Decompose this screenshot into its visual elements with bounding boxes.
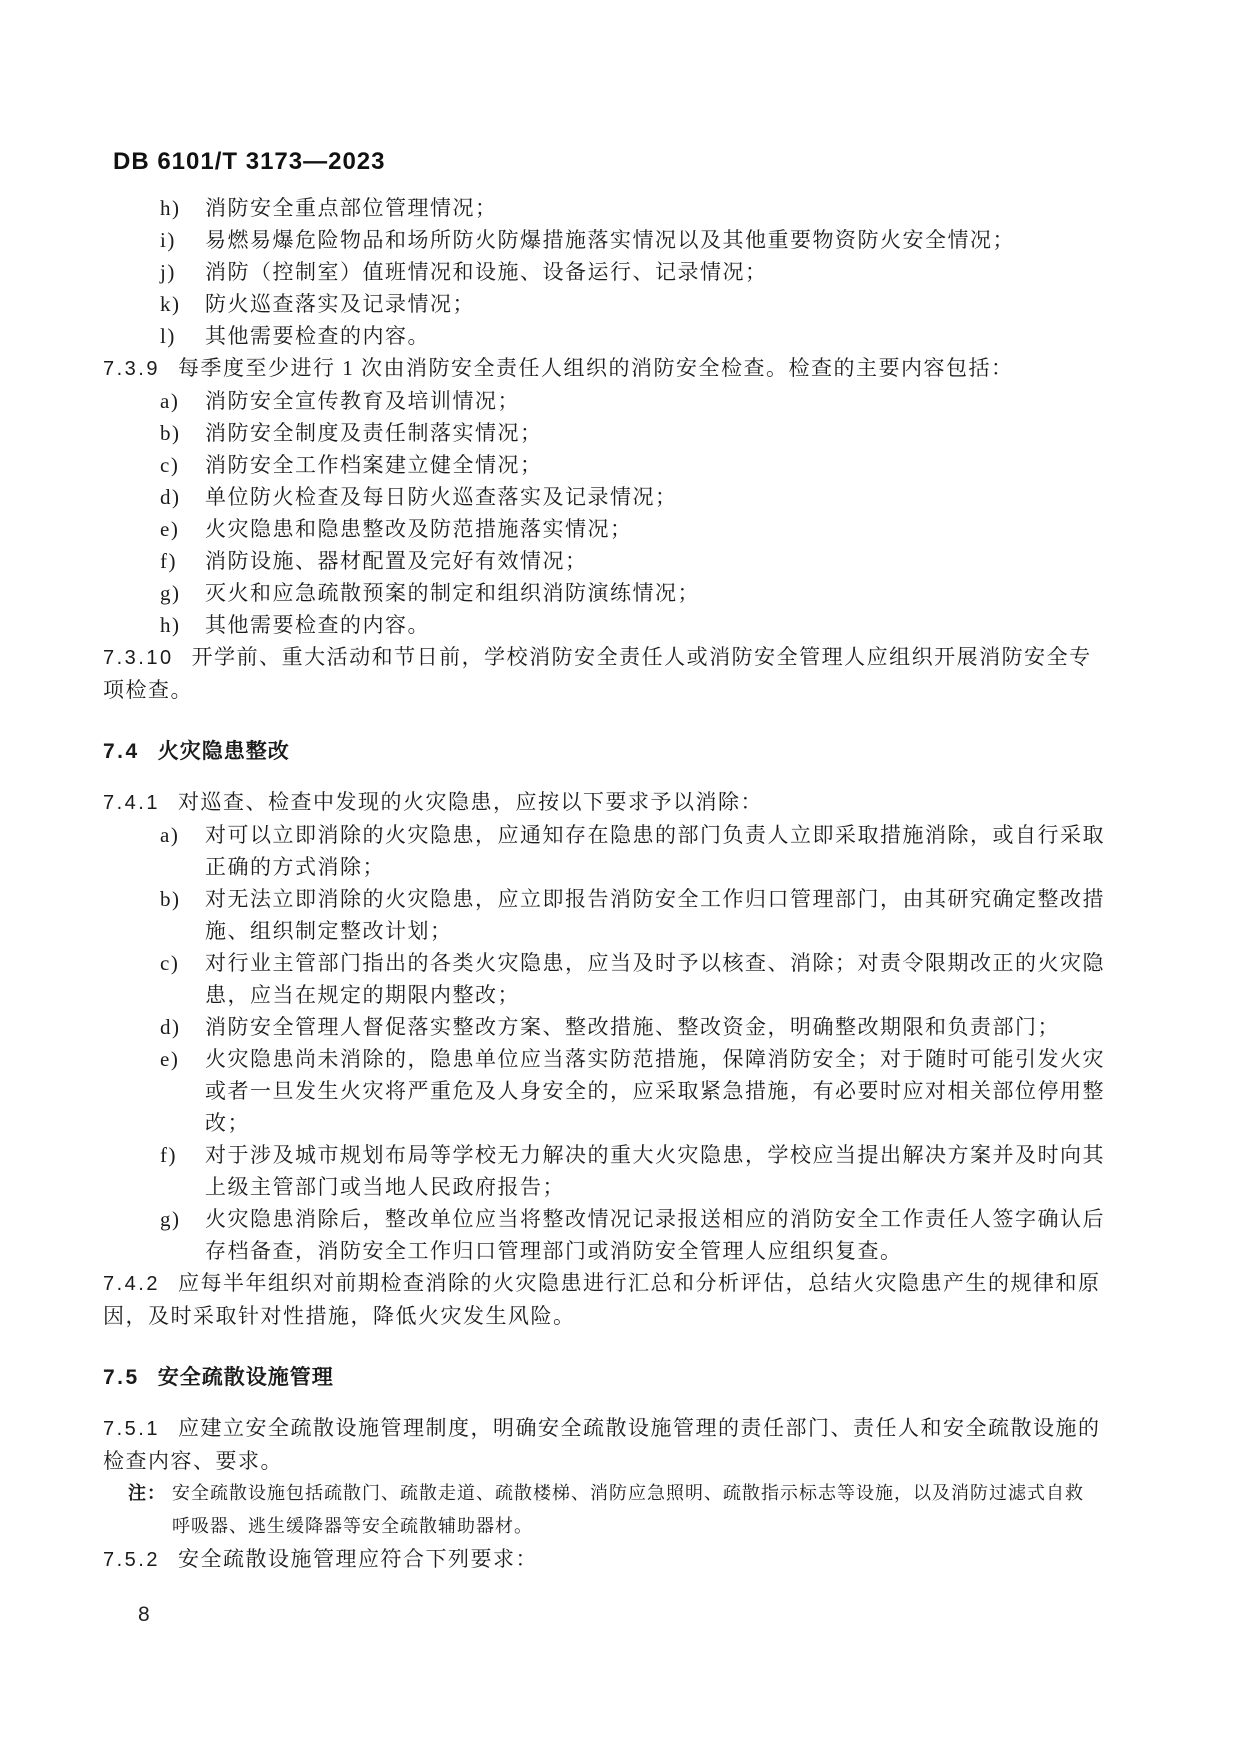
list-item-text: 消防安全管理人督促落实整改方案、整改措施、整改资金，明确整改期限和负责部门； — [205, 1011, 1106, 1043]
list-item-label: d) — [160, 1011, 205, 1043]
section-heading-7-5: 7.5安全疏散设施管理 — [103, 1362, 1106, 1394]
note-7-5-1: 注： 安全疏散设施包括疏散门、疏散走道、疏散楼梯、消防应急照明、疏散指示标志等设… — [103, 1477, 1106, 1543]
list-item: c) 消防安全工作档案建立健全情况； — [160, 449, 1106, 481]
list-item-label: c) — [160, 947, 205, 979]
list-item-label: j) — [160, 256, 205, 288]
list-item: b) 消防安全制度及责任制落实情况； — [160, 417, 1106, 449]
document-content: h) 消防安全重点部位管理情况； i) 易燃易爆危险物品和场所防火防爆措施落实情… — [103, 192, 1106, 1576]
list-item-text: 消防安全制度及责任制落实情况； — [205, 417, 1106, 449]
list-item-text: 其他需要检查的内容。 — [205, 320, 1106, 352]
section-number: 7.5 — [103, 1366, 140, 1389]
list-item: j) 消防（控制室）值班情况和设施、设备运行、记录情况； — [160, 256, 1106, 288]
list-item-text: 对无法立即消除的火灾隐患，应立即报告消防安全工作归口管理部门，由其研究确定整改措… — [205, 883, 1106, 947]
clause-text: 安全疏散设施管理应符合下列要求： — [178, 1547, 538, 1571]
list-item-label: e) — [160, 513, 205, 545]
list-item-label: e) — [160, 1043, 205, 1075]
list-item-text: 消防安全重点部位管理情况； — [205, 192, 1106, 224]
list-item-label: l) — [160, 320, 205, 352]
clause-7-5-1: 7.5.1应建立安全疏散设施管理制度，明确安全疏散设施管理的责任部门、责任人和安… — [103, 1412, 1106, 1477]
clause-text: 对巡查、检查中发现的火灾隐患，应按以下要求予以消除： — [178, 790, 763, 814]
list-item-label: c) — [160, 449, 205, 481]
clause-number: 7.3.10 — [103, 647, 174, 669]
list-item-text: 消防（控制室）值班情况和设施、设备运行、记录情况； — [205, 256, 1106, 288]
list-item-label: g) — [160, 1203, 205, 1235]
list-item: g) 灭火和应急疏散预案的制定和组织消防演练情况； — [160, 577, 1106, 609]
list-item-text: 火灾隐患消除后，整改单位应当将整改情况记录报送相应的消防安全工作责任人签字确认后… — [205, 1203, 1106, 1267]
list-item-label: k) — [160, 288, 205, 320]
clause-number: 7.4.1 — [103, 792, 160, 814]
list-item-text: 消防安全工作档案建立健全情况； — [205, 449, 1106, 481]
list-item: k) 防火巡查落实及记录情况； — [160, 288, 1106, 320]
note-label: 注： — [128, 1477, 166, 1543]
clause-7-3-10: 7.3.10开学前、重大活动和节日前，学校消防安全责任人或消防安全管理人应组织开… — [103, 641, 1106, 706]
list-item-text: 防火巡查落实及记录情况； — [205, 288, 1106, 320]
list-item: g) 火灾隐患消除后，整改单位应当将整改情况记录报送相应的消防安全工作责任人签字… — [160, 1203, 1106, 1267]
list-item-label: b) — [160, 417, 205, 449]
section-heading-7-4: 7.4火灾隐患整改 — [103, 736, 1106, 768]
list-item: a) 消防安全宣传教育及培训情况； — [160, 385, 1106, 417]
section-title: 火灾隐患整改 — [158, 740, 290, 763]
list-item: d) 消防安全管理人督促落实整改方案、整改措施、整改资金，明确整改期限和负责部门… — [160, 1011, 1106, 1043]
clause-text: 每季度至少进行 1 次由消防安全责任人组织的消防安全检查。检查的主要内容包括： — [178, 356, 1014, 380]
list-item-text: 消防安全宣传教育及培训情况； — [205, 385, 1106, 417]
list-item: h) 消防安全重点部位管理情况； — [160, 192, 1106, 224]
list-top: h) 消防安全重点部位管理情况； i) 易燃易爆危险物品和场所防火防爆措施落实情… — [103, 192, 1106, 352]
list-item: d) 单位防火检查及每日防火巡查落实及记录情况； — [160, 481, 1106, 513]
section-number: 7.4 — [103, 740, 140, 763]
list-item-label: a) — [160, 385, 205, 417]
note-text: 安全疏散设施包括疏散门、疏散走道、疏散楼梯、消防应急照明、疏散指示标志等设施，以… — [172, 1477, 1092, 1543]
clause-number: 7.5.2 — [103, 1549, 160, 1571]
list-item: h) 其他需要检查的内容。 — [160, 609, 1106, 641]
clause-7-5-2: 7.5.2安全疏散设施管理应符合下列要求： — [103, 1543, 1106, 1576]
list-item: e) 火灾隐患尚未消除的，隐患单位应当落实防范措施，保障消防安全；对于随时可能引… — [160, 1043, 1106, 1139]
list-item: l) 其他需要检查的内容。 — [160, 320, 1106, 352]
list-item-text: 灭火和应急疏散预案的制定和组织消防演练情况； — [205, 577, 1106, 609]
list-item-label: f) — [160, 1139, 205, 1171]
list-item-text: 易燃易爆危险物品和场所防火防爆措施落实情况以及其他重要物资防火安全情况； — [205, 224, 1106, 256]
list-item: b) 对无法立即消除的火灾隐患，应立即报告消防安全工作归口管理部门，由其研究确定… — [160, 883, 1106, 947]
list-item-label: h) — [160, 192, 205, 224]
list-item-text: 对行业主管部门指出的各类火灾隐患，应当及时予以核查、消除；对责令限期改正的火灾隐… — [205, 947, 1106, 1011]
list-item-label: h) — [160, 609, 205, 641]
clause-7-4-1: 7.4.1对巡查、检查中发现的火灾隐患，应按以下要求予以消除： — [103, 786, 1106, 819]
list-item: c) 对行业主管部门指出的各类火灾隐患，应当及时予以核查、消除；对责令限期改正的… — [160, 947, 1106, 1011]
clause-text: 应每半年组织对前期检查消除的火灾隐患进行汇总和分析评估，总结火灾隐患产生的规律和… — [103, 1271, 1100, 1328]
list-item: f) 对于涉及城市规划布局等学校无力解决的重大火灾隐患，学校应当提出解决方案并及… — [160, 1139, 1106, 1203]
standard-number: DB 6101/T 3173—2023 — [113, 148, 386, 176]
list-item-label: f) — [160, 545, 205, 577]
clause-7-3-9: 7.3.9每季度至少进行 1 次由消防安全责任人组织的消防安全检查。检查的主要内… — [103, 352, 1106, 385]
document-page: DB 6101/T 3173—2023 h) 消防安全重点部位管理情况； i) … — [0, 0, 1241, 1754]
list-item: f) 消防设施、器材配置及完好有效情况； — [160, 545, 1106, 577]
list-item-label: a) — [160, 819, 205, 851]
clause-number: 7.3.9 — [103, 358, 160, 380]
page-number: 8 — [138, 1603, 150, 1627]
clause-number: 7.4.2 — [103, 1273, 160, 1295]
list-item: a) 对可以立即消除的火灾隐患，应通知存在隐患的部门负责人立即采取措施消除，或自… — [160, 819, 1106, 883]
section-title: 安全疏散设施管理 — [158, 1366, 334, 1389]
list-item-text: 对于涉及城市规划布局等学校无力解决的重大火灾隐患，学校应当提出解决方案并及时向其… — [205, 1139, 1106, 1203]
clause-number: 7.5.1 — [103, 1418, 160, 1440]
list-item-label: d) — [160, 481, 205, 513]
clause-text: 应建立安全疏散设施管理制度，明确安全疏散设施管理的责任部门、责任人和安全疏散设施… — [103, 1416, 1100, 1473]
list-item-label: i) — [160, 224, 205, 256]
clause-text: 开学前、重大活动和节日前，学校消防安全责任人或消防安全管理人应组织开展消防安全专… — [103, 645, 1092, 702]
list-item-label: b) — [160, 883, 205, 915]
list-7-4-1: a) 对可以立即消除的火灾隐患，应通知存在隐患的部门负责人立即采取措施消除，或自… — [103, 819, 1106, 1267]
list-7-3-9: a) 消防安全宣传教育及培训情况； b) 消防安全制度及责任制落实情况； c) … — [103, 385, 1106, 641]
list-item-text: 火灾隐患尚未消除的，隐患单位应当落实防范措施，保障消防安全；对于随时可能引发火灾… — [205, 1043, 1106, 1139]
list-item-text: 对可以立即消除的火灾隐患，应通知存在隐患的部门负责人立即采取措施消除，或自行采取… — [205, 819, 1106, 883]
clause-7-4-2: 7.4.2应每半年组织对前期检查消除的火灾隐患进行汇总和分析评估，总结火灾隐患产… — [103, 1267, 1106, 1332]
list-item-text: 火灾隐患和隐患整改及防范措施落实情况； — [205, 513, 1106, 545]
list-item-text: 其他需要检查的内容。 — [205, 609, 1106, 641]
list-item-text: 消防设施、器材配置及完好有效情况； — [205, 545, 1106, 577]
list-item: i) 易燃易爆危险物品和场所防火防爆措施落实情况以及其他重要物资防火安全情况； — [160, 224, 1106, 256]
list-item: e) 火灾隐患和隐患整改及防范措施落实情况； — [160, 513, 1106, 545]
list-item-text: 单位防火检查及每日防火巡查落实及记录情况； — [205, 481, 1106, 513]
list-item-label: g) — [160, 577, 205, 609]
